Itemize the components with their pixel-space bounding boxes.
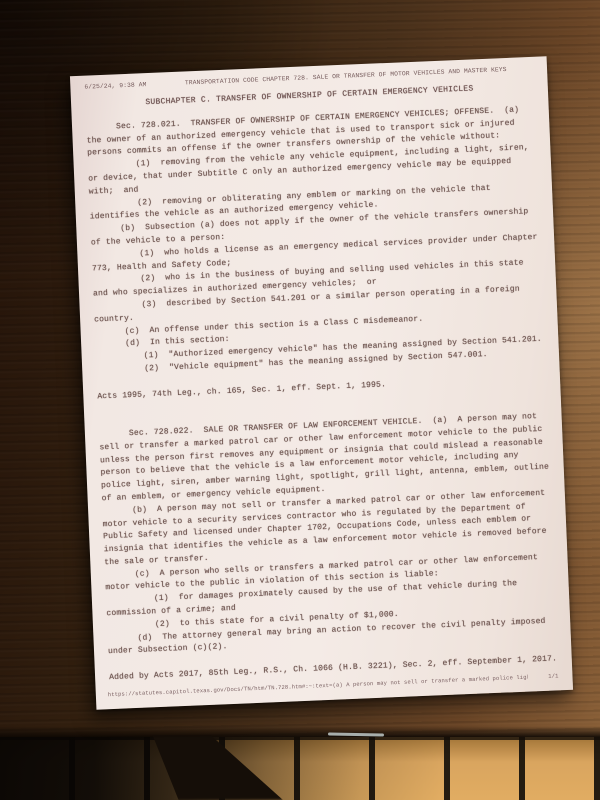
- print-timestamp: 6/25/24, 9:38 AM: [84, 81, 146, 91]
- statute-body: Sec. 728.021. TRANSFER OF OWNERSHIP OF C…: [86, 104, 558, 685]
- page-content: 6/25/24, 9:38 AM TRANSPORTATION CODE CHA…: [70, 56, 573, 709]
- printed-statute-page: 6/25/24, 9:38 AM TRANSPORTATION CODE CHA…: [70, 56, 573, 709]
- table-front-edge: [0, 726, 600, 737]
- photo-scene: 6/25/24, 9:38 AM TRANSPORTATION CODE CHA…: [0, 0, 600, 800]
- statute-paragraph: Acts 1995, 74th Leg., ch. 165, Sec. 1, e…: [97, 372, 546, 404]
- floor-shadow: [0, 737, 600, 800]
- page-number: 1/1: [540, 672, 559, 680]
